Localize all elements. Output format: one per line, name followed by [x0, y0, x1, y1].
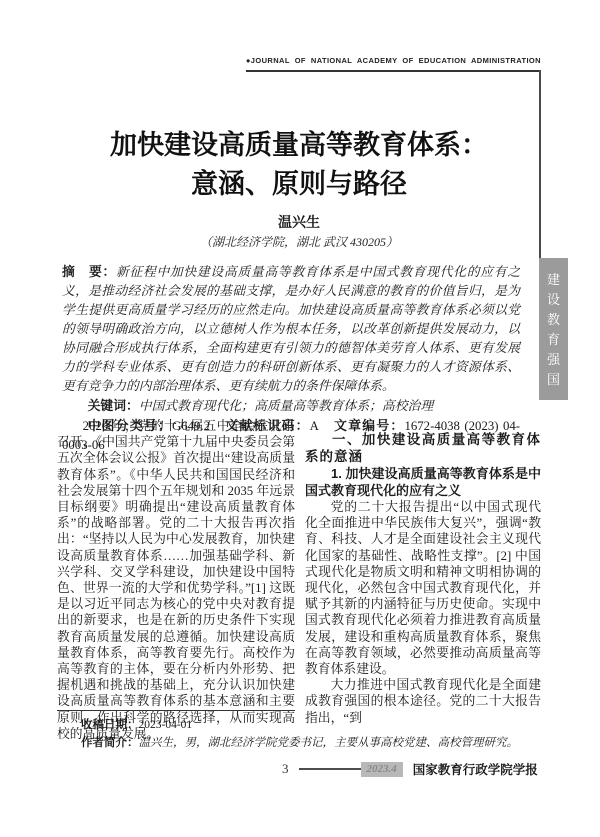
footnote-block: 收稿日期：2023-04-01 作者简介：温兴生，男，湖北经济学院党委书记，主要… [57, 710, 541, 752]
received-date-value: 2023-04-01 [139, 719, 193, 731]
keywords-value: 中国式教育现代化；高质量高等教育体系；高校治理 [139, 399, 433, 413]
journal-header-text: ●JOURNAL OF NATIONAL ACADEMY OF EDUCATIO… [246, 56, 541, 72]
side-tab-char: 国 [547, 373, 560, 386]
keywords-line: 关键词：中国式教育现代化；高质量高等教育体系；高校治理 [62, 396, 520, 416]
section-side-tab: 建 设 教 育 强 国 [539, 258, 568, 400]
body-columns: 2020 年，党的十九届五中全会在北京召开，《中国共产党第十九届中央委员会第五次… [57, 418, 541, 714]
body-paragraph: 党的二十大报告提出“以中国式现代化全面推进中华民族伟大复兴”，强调“教育、科技、… [305, 499, 541, 677]
received-date-label: 收稿日期： [81, 719, 139, 731]
author-name: 温兴生 [57, 212, 541, 232]
abstract-label: 摘 要： [62, 264, 116, 279]
author-affiliation: （湖北经济学院，湖北 武汉 430205） [57, 233, 541, 250]
journal-name-cn: 国家教育行政学院学报 [413, 760, 538, 778]
subsection-1-heading: 1. 加快建设高质量高等教育体系是中国式教育现代化的应有之义 [305, 465, 541, 499]
journal-header: ●JOURNAL OF NATIONAL ACADEMY OF EDUCATIO… [60, 50, 541, 72]
article-title-line1: 加快建设高质量高等教育体系： [110, 130, 488, 160]
author-bio-value: 温兴生，男，湖北经济学院党委书记，主要从事高校党建、高校管理研究。 [139, 737, 519, 749]
intro-paragraph: 2020 年，党的十九届五中全会在北京召开，《中国共产党第十九届中央委员会第五次… [57, 418, 295, 742]
footnote-divider [57, 710, 295, 711]
abstract-paragraph: 摘 要：新征程中加快建设高质量高等教育体系是中国式教育现代化的应有之义，是推动经… [62, 262, 520, 396]
paper-page: ●JOURNAL OF NATIONAL ACADEMY OF EDUCATIO… [0, 0, 600, 837]
section-1-heading: 一、加快建设高质量高等教育体系的意涵 [305, 431, 541, 465]
side-tab-char: 建 [547, 273, 560, 286]
side-tab-char: 教 [547, 313, 560, 326]
keywords-label: 关键词： [88, 398, 139, 413]
side-tab-char: 设 [547, 293, 560, 306]
journal-name-en: JOURNAL OF NATIONAL ACADEMY OF EDUCATION… [251, 56, 541, 65]
side-tab-char: 育 [547, 333, 560, 346]
right-column: 一、加快建设高质量高等教育体系的意涵 1. 加快建设高质量高等教育体系是中国式教… [305, 418, 541, 714]
left-column: 2020 年，党的十九届五中全会在北京召开，《中国共产党第十九届中央委员会第五次… [57, 418, 295, 714]
abstract-text: 新征程中加快建设高质量高等教育体系是中国式教育现代化的应有之义，是推动经济社会发… [62, 265, 520, 393]
page-footer: 3 2023.4 国家教育行政学院学报 [282, 760, 538, 778]
author-bio-line: 作者简介：温兴生，男，湖北经济学院党委书记，主要从事高校党建、高校管理研究。 [57, 735, 541, 753]
side-tab-char: 强 [547, 353, 560, 366]
footer-rule [299, 768, 361, 771]
author-bio-label: 作者简介： [81, 737, 139, 749]
article-title: 加快建设高质量高等教育体系： 意涵、原则与路径 [57, 126, 541, 204]
received-date-line: 收稿日期：2023-04-01 [57, 717, 541, 735]
issue-badge: 2023.4 [361, 762, 403, 777]
page-number: 3 [282, 761, 289, 777]
article-title-line2: 意涵、原则与路径 [191, 169, 407, 199]
